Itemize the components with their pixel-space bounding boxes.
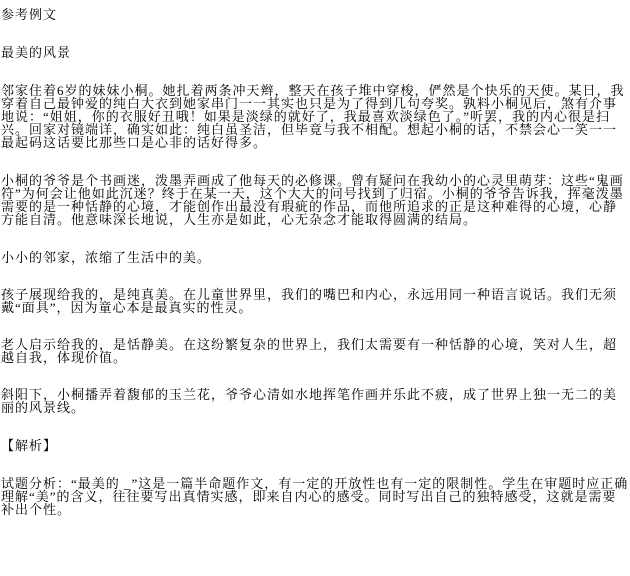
essay-paragraph-3: 小小的邻家，浓缩了生活中的美。: [1, 251, 629, 264]
essay-paragraph-4: 孩子展现给我的，是纯真美。在儿童世界里，我们的嘴巴和内心，永远用同一种语言说话。…: [1, 288, 629, 314]
essay-title: 最美的风景: [1, 46, 629, 59]
essay-paragraph-5: 老人启示给我的，是恬静美。在这纷繁复杂的世界上，我们太需要有一种恬静的心境，笑对…: [1, 338, 629, 364]
essay-paragraph-2: 小桐的爷爷是个书画迷，泼墨弄画成了他每天的必修课。曾有疑问在我幼小的心灵里萌芽：…: [1, 174, 629, 226]
document-page: 参考例文 最美的风景 邻家住着6岁的妹妹小桐。她扎着两条冲天辫，整天在孩子堆中穿…: [0, 0, 630, 516]
analysis-body: 试题分析：“最美的 _”这是一篇半命题作文，有一定的开放性也有一定的限制性。学生…: [1, 477, 629, 516]
section-label: 参考例文: [1, 8, 629, 21]
essay-paragraph-1: 邻家住着6岁的妹妹小桐。她扎着两条冲天辫，整天在孩子堆中穿梭，俨然是个快乐的天使…: [1, 84, 629, 149]
essay-paragraph-6: 斜阳下，小桐播弄着馥郁的玉兰花，爷爷心清如水地挥笔作画并乐此不疲，成了世界上独一…: [1, 388, 629, 414]
analysis-header: 【解析】: [1, 439, 629, 452]
